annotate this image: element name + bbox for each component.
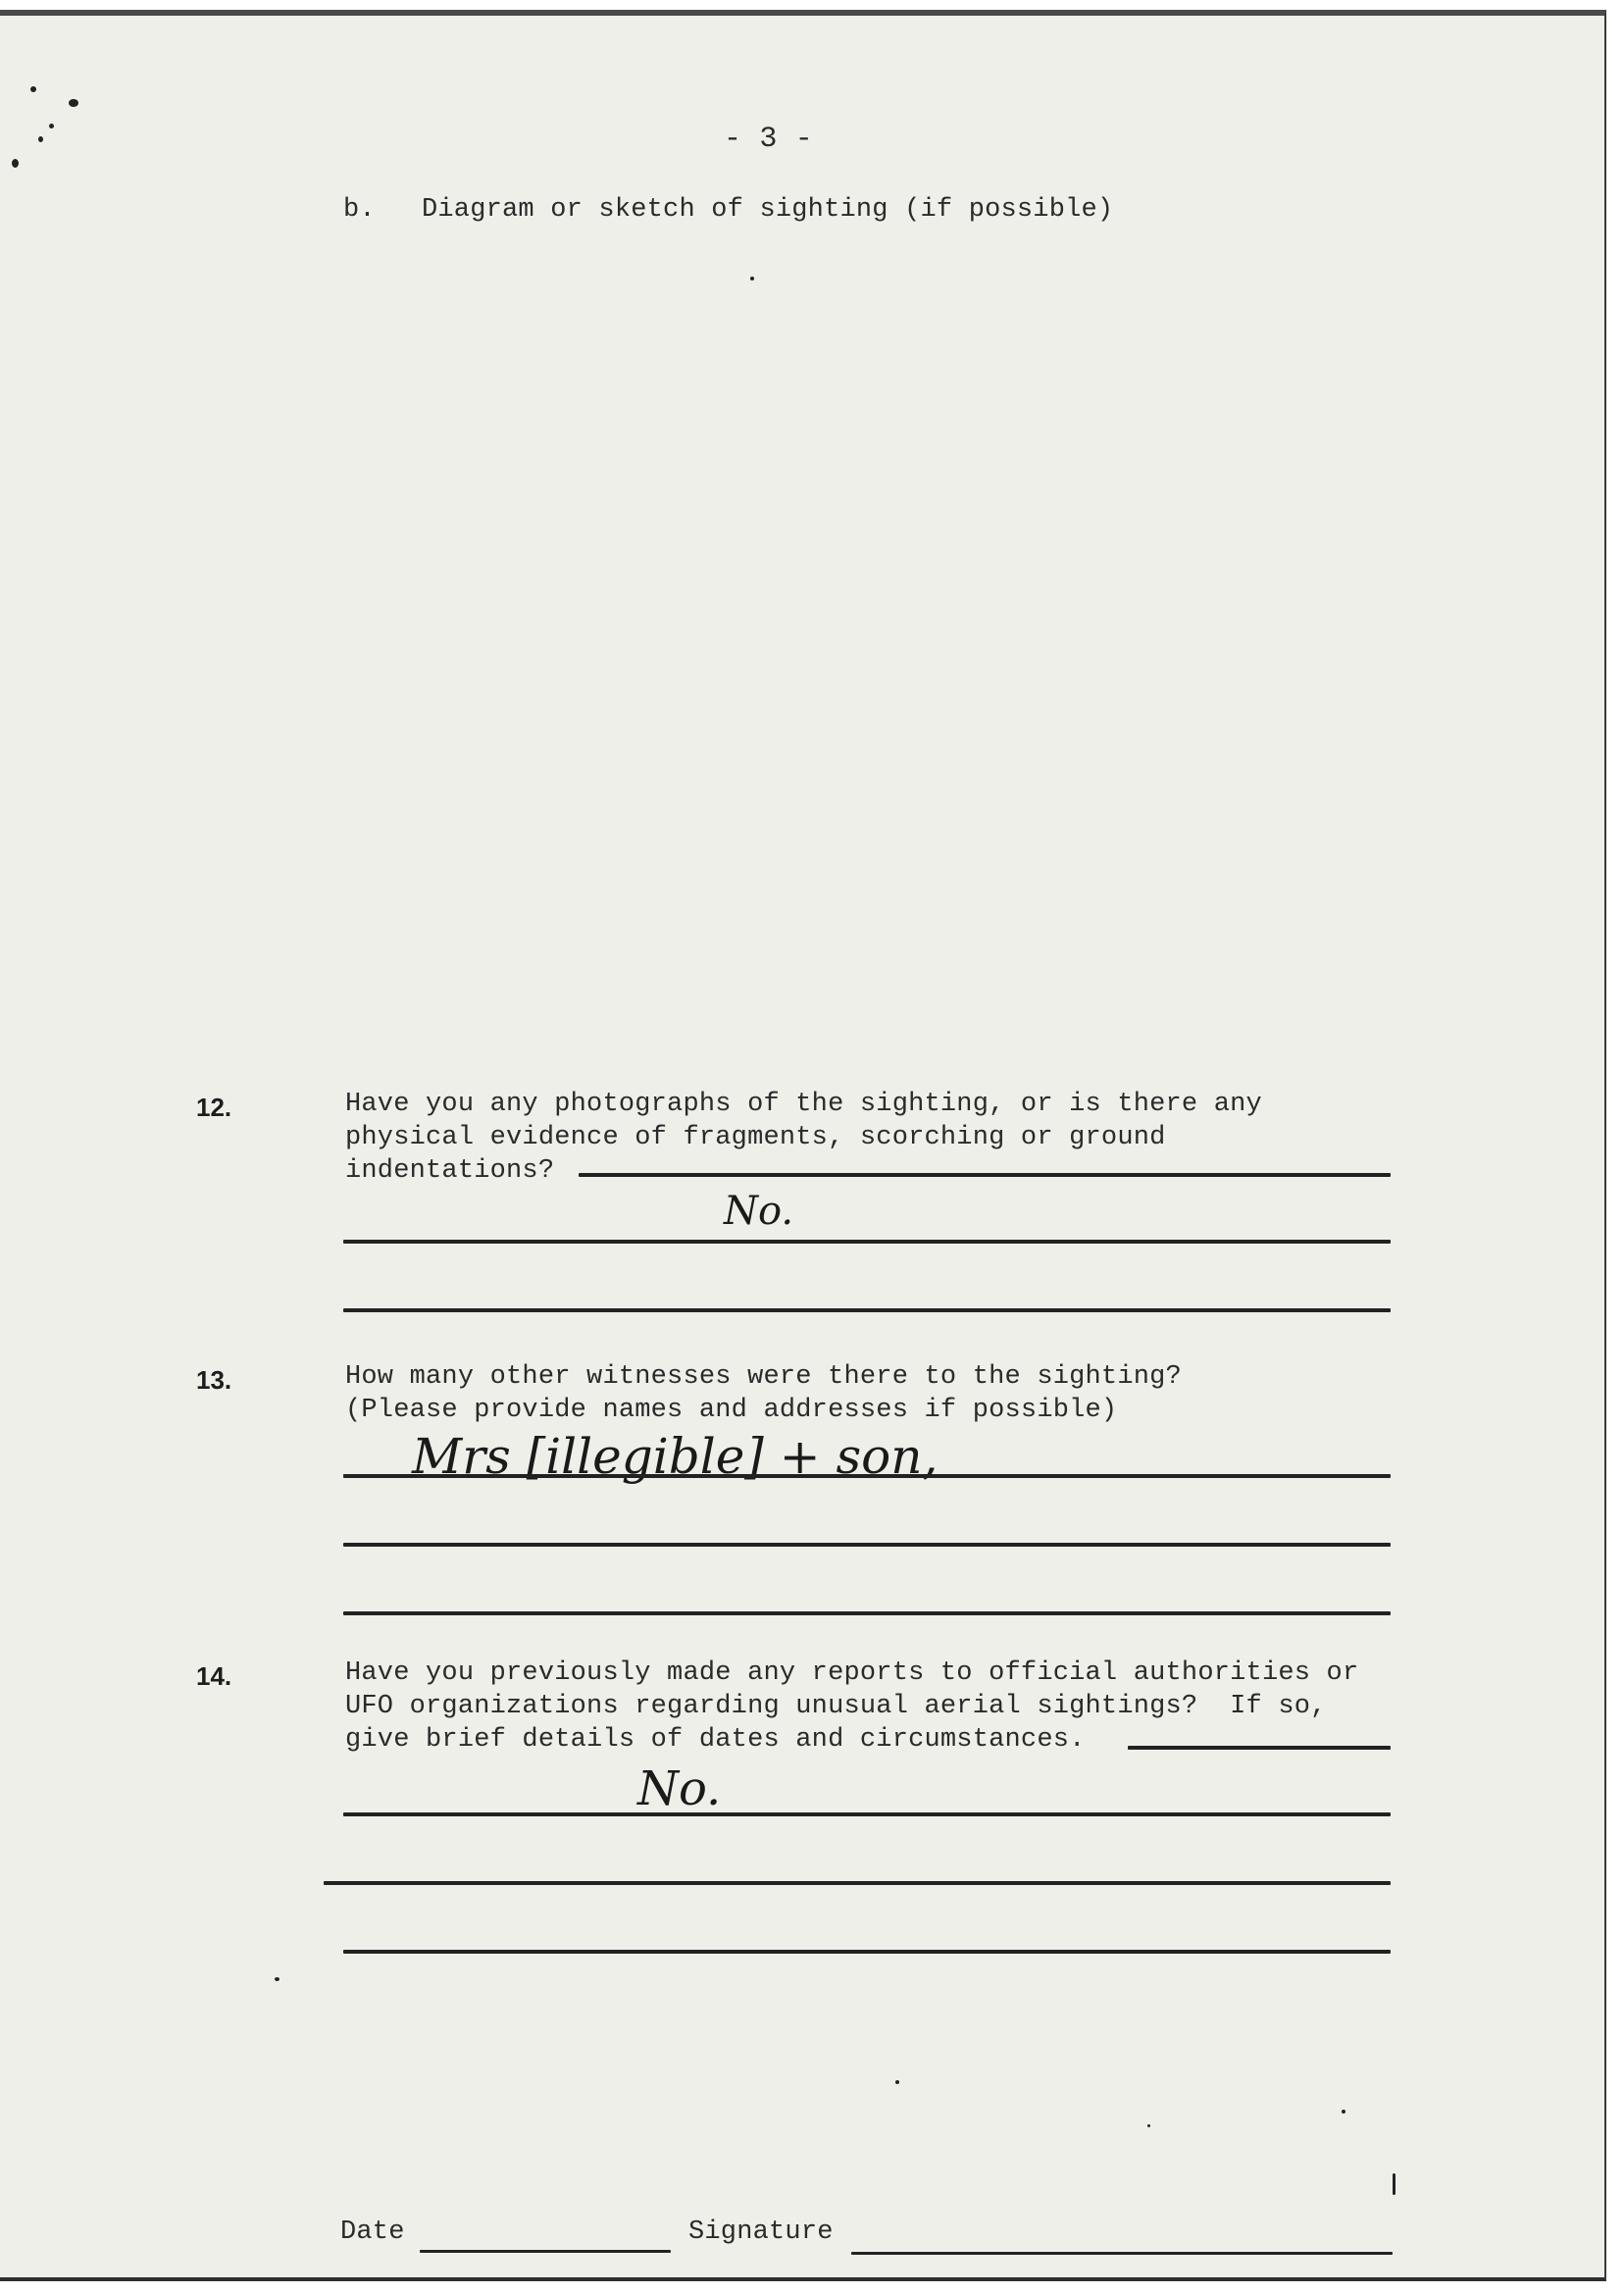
section-b-heading: Diagram or sketch of sighting (if possib… (422, 194, 1113, 227)
sketch-area (343, 251, 1393, 1036)
question-number: 14. (196, 1661, 231, 1692)
answer-line[interactable] (343, 1950, 1391, 1954)
ink-speck (1147, 2124, 1150, 2127)
answer-line[interactable] (343, 1543, 1391, 1547)
ink-mark (1393, 2173, 1396, 2195)
answer-line[interactable] (343, 1474, 1391, 1478)
question-number: 12. (196, 1093, 231, 1123)
answer-line[interactable] (1128, 1746, 1391, 1750)
date-field[interactable] (420, 2250, 671, 2253)
answer-line[interactable] (343, 1308, 1391, 1312)
ink-speck (12, 159, 19, 168)
signature-field[interactable] (851, 2252, 1393, 2255)
ink-speck (275, 1977, 279, 1981)
ink-speck (69, 99, 78, 107)
signature-label: Signature (688, 2217, 834, 2249)
question-text-line: UFO organizations regarding unusual aeri… (345, 1691, 1327, 1723)
ink-speck (1342, 2110, 1345, 2114)
ink-speck (895, 2080, 899, 2084)
answer-line[interactable] (343, 1240, 1391, 1244)
ink-speck (30, 86, 36, 92)
handwritten-answer: No. (724, 1189, 793, 1234)
answer-line[interactable] (324, 1881, 1391, 1885)
answer-line[interactable] (343, 1611, 1391, 1615)
answer-line[interactable] (579, 1173, 1391, 1177)
question-text-line: (Please provide names and addresses if p… (345, 1395, 1117, 1427)
question-number: 13. (196, 1365, 231, 1396)
document-page: - 3 - b. Diagram or sketch of sighting (… (0, 10, 1606, 2281)
page-number: - 3 - (724, 124, 813, 156)
question-text-line: physical evidence of fragments, scorchin… (345, 1122, 1166, 1154)
question-text-line: indentations? (345, 1155, 554, 1188)
section-b-label: b. (343, 194, 376, 227)
ink-speck (38, 136, 43, 142)
handwritten-answer: No. (637, 1761, 721, 1816)
ink-speck (49, 124, 54, 128)
answer-line[interactable] (343, 1812, 1391, 1816)
date-label: Date (340, 2217, 405, 2249)
question-text-line: How many other witnesses were there to t… (345, 1361, 1182, 1394)
question-text-line: Have you previously made any reports to … (345, 1657, 1358, 1690)
question-text-line: give brief details of dates and circumst… (345, 1724, 1086, 1757)
question-text-line: Have you any photographs of the sighting… (345, 1089, 1262, 1121)
